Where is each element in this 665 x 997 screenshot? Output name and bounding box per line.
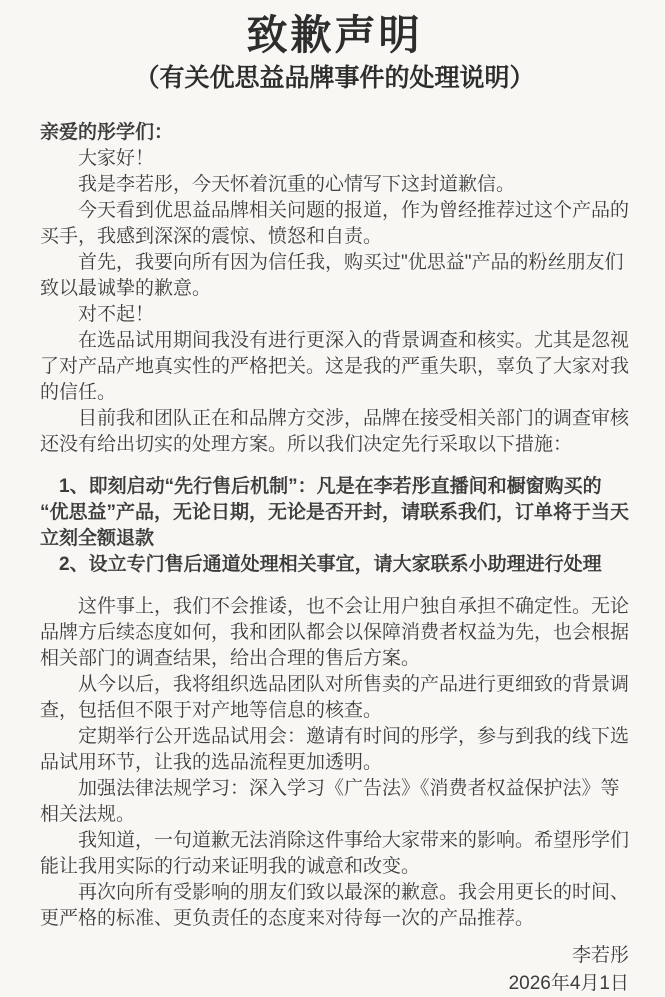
intro-paragraph: 今天看到优思益品牌相关问题的报道，作为曾经推荐过这个产品的买手，我感到深深的震惊… xyxy=(40,198,629,250)
intro-paragraph: 对不起！ xyxy=(40,302,629,328)
apology-statement-document: 致歉声明 （有关优思益品牌事件的处理说明） 亲爱的彤学们： 大家好！ 我是李若彤… xyxy=(0,0,665,997)
closing-paragraph: 定期举行公开选品试用会：邀请有时间的彤学，参与到我的线下选品试用环节，让我的选品… xyxy=(40,724,629,776)
greeting-line: 亲爱的彤学们： xyxy=(40,120,629,146)
measure-item-2: 2、设立专门售后通道处理相关事宜，请大家联系小助理进行处理 xyxy=(40,552,629,578)
signature-block: 李若彤 2026年4月1日 xyxy=(40,942,629,997)
measure-item-1: 1、即刻启动“先行售后机制”：凡是在李若彤直播间和橱窗购买的“优思益”产品，无论… xyxy=(40,474,629,552)
measures-list: 1、即刻启动“先行售后机制”：凡是在李若彤直播间和橱窗购买的“优思益”产品，无论… xyxy=(40,474,629,578)
closing-paragraph: 再次向所有受影响的朋友们致以最深的歉意。我会用更长的时间、更严格的标准、更负责任… xyxy=(40,880,629,932)
intro-paragraph: 首先，我要向所有因为信任我，购买过"优思益"产品的粉丝朋友们致以最诚挚的歉意。 xyxy=(40,250,629,302)
closing-paragraph: 我知道，一句道歉无法消除这件事给大家带来的影响。希望彤学们能让我用实际的行动来证… xyxy=(40,828,629,880)
page-subtitle: （有关优思益品牌事件的处理说明） xyxy=(40,63,629,96)
signature-name: 李若彤 xyxy=(40,942,629,970)
page-title: 致歉声明 xyxy=(40,12,629,59)
closing-paragraph: 这件事上，我们不会推诿，也不会让用户独自承担不确定性。无论品牌方后续态度如何，我… xyxy=(40,594,629,672)
signature-date: 2026年4月1日 xyxy=(40,970,629,997)
intro-paragraph: 目前我和团队正在和品牌方交涉，品牌在接受相关部门的调查审核还没有给出切实的处理方… xyxy=(40,406,629,458)
closing-paragraph: 从今以后，我将组织选品团队对所售卖的产品进行更细致的背景调查，包括但不限于对产地… xyxy=(40,672,629,724)
letter-body: 亲爱的彤学们： 大家好！ 我是李若彤，今天怀着沉重的心情写下这封道歉信。 今天看… xyxy=(40,120,629,997)
intro-paragraph: 大家好！ xyxy=(40,146,629,172)
intro-paragraph: 我是李若彤，今天怀着沉重的心情写下这封道歉信。 xyxy=(40,172,629,198)
closing-paragraph: 加强法律法规学习：深入学习《广告法》《消费者权益保护法》等相关法规。 xyxy=(40,776,629,828)
intro-paragraph: 在选品试用期间我没有进行更深入的背景调查和核实。尤其是忽视了对产品产地真实性的严… xyxy=(40,328,629,406)
